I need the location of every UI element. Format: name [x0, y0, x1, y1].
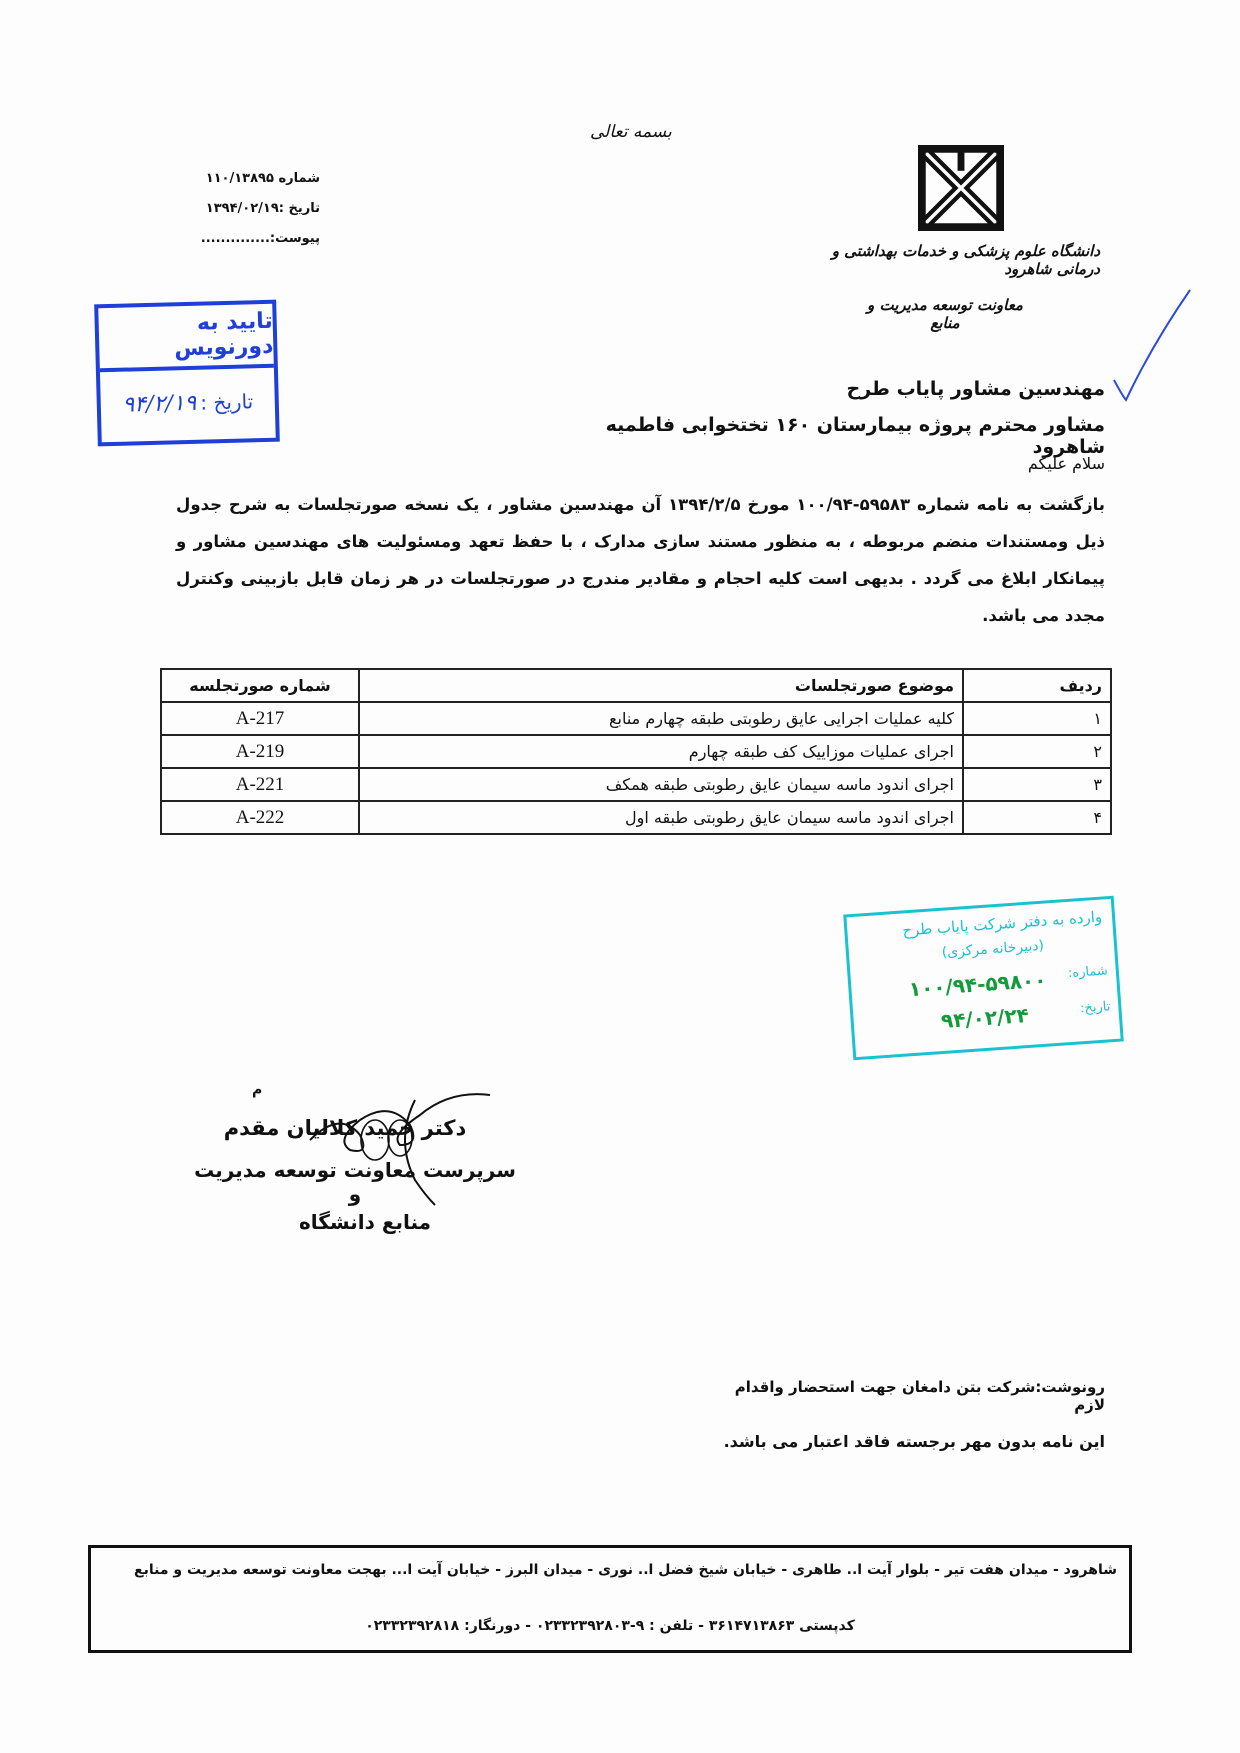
receipt-stamp-subtitle: (دبیرخانه مرکزی)	[941, 938, 1044, 961]
receipt-stamp-title: وارده به دفتر شرکت پایاب طرح	[902, 908, 1103, 940]
row-index: ۳	[963, 768, 1111, 801]
letter-date: تاریخ :۱۳۹۴/۰۲/۱۹	[170, 194, 320, 224]
row-subject: اجرای اندود ماسه سیمان عایق رطوبتی طبقه …	[359, 768, 963, 801]
table-row: ۳ اجرای اندود ماسه سیمان عایق رطوبتی طبق…	[161, 768, 1111, 801]
row-session-number: A-219	[161, 735, 359, 768]
table-header-row: ردیف موضوع صورتجلسات شماره صورتجلسه	[161, 669, 1111, 702]
signature-mark: م	[252, 1082, 262, 1098]
row-session-number: A-221	[161, 768, 359, 801]
row-index: ۲	[963, 735, 1111, 768]
validity-note: این نامه بدون مهر برجسته فاقد اعتبار می …	[700, 1432, 1105, 1451]
university-name: دانشگاه علوم پزشکی و خدمات بهداشتی و درم…	[820, 242, 1100, 278]
row-subject: کلیه عملیات اجرایی عایق رطوبتی طبقه چهار…	[359, 702, 963, 735]
letter-attachment: پیوست:..............	[170, 224, 320, 254]
receipt-date-value: ۹۴/۰۲/۲۴	[940, 1003, 1029, 1033]
letter-body: بازگشت به نامه شماره ۵۹۵۸۳-۱۰۰/۹۴ مورخ ۱…	[176, 486, 1105, 634]
footer-box: شاهرود - میدان هفت تیر - بلوار آیت ا.. ط…	[88, 1545, 1132, 1653]
sessions-table: ردیف موضوع صورتجلسات شماره صورتجلسه ۱ کل…	[160, 668, 1112, 835]
recipient-company: مهندسین مشاور پایاب طرح	[700, 378, 1105, 400]
invocation: بسمه تعالی	[590, 122, 672, 142]
receipt-stamp: وارده به دفتر شرکت پایاب طرح (دبیرخانه م…	[843, 896, 1124, 1061]
header-session-number: شماره صورتجلسه	[161, 669, 359, 702]
approval-stamp-date: تاریخ : ۹۴/۲/۱۹	[100, 368, 276, 439]
table-row: ۴ اجرای اندود ماسه سیمان عایق رطوبتی طبق…	[161, 801, 1111, 834]
letter-number: شماره ۱۱۰/۱۳۸۹۵	[170, 164, 320, 194]
approval-stamp-title: تایید به دورنویس	[98, 304, 274, 373]
approval-stamp: تایید به دورنویس تاریخ : ۹۴/۲/۱۹	[94, 300, 280, 447]
header-subject: موضوع صورتجلسات	[359, 669, 963, 702]
university-logo-icon	[918, 145, 1004, 231]
footer-contact: کدپستی ۳۶۱۴۷۱۳۸۶۳ - تلفن : ۹-۰۲۳۳۲۳۹۲۸۰۳…	[91, 1618, 1129, 1634]
handwritten-check-icon	[1112, 285, 1192, 405]
table-row: ۱ کلیه عملیات اجرایی عایق رطوبتی طبقه چه…	[161, 702, 1111, 735]
department-name: معاونت توسعه مدیریت و منابع	[860, 296, 1030, 332]
row-index: ۱	[963, 702, 1111, 735]
greeting: سلام علیکم	[900, 454, 1105, 473]
letter-meta: شماره ۱۱۰/۱۳۸۹۵ تاریخ :۱۳۹۴/۰۲/۱۹ پیوست:…	[170, 164, 320, 254]
carbon-copy: رونوشت:شرکت بتن دامغان جهت استحضار واقدا…	[700, 1378, 1105, 1414]
receipt-number-value: ۱۰۰/۹۴-۵۹۸۰۰	[908, 968, 1047, 1002]
table-row: ۲ اجرای عملیات موزاییک کف طبقه چهارم A-2…	[161, 735, 1111, 768]
row-session-number: A-217	[161, 702, 359, 735]
row-subject: اجرای اندود ماسه سیمان عایق رطوبتی طبقه …	[359, 801, 963, 834]
receipt-number-label: شماره:	[1068, 963, 1109, 981]
header-row-number: ردیف	[963, 669, 1111, 702]
signatory-title-continued: منابع دانشگاه	[250, 1210, 480, 1234]
footer-address: شاهرود - میدان هفت تیر - بلوار آیت ا.. ط…	[134, 1562, 1117, 1578]
row-session-number: A-222	[161, 801, 359, 834]
row-index: ۴	[963, 801, 1111, 834]
handwritten-signature-icon	[300, 1080, 500, 1210]
receipt-date-label: تاریخ:	[1080, 999, 1111, 1016]
row-subject: اجرای عملیات موزاییک کف طبقه چهارم	[359, 735, 963, 768]
recipient-project: مشاور محترم پروژه بیمارستان ۱۶۰ تختخوابی…	[600, 414, 1105, 458]
